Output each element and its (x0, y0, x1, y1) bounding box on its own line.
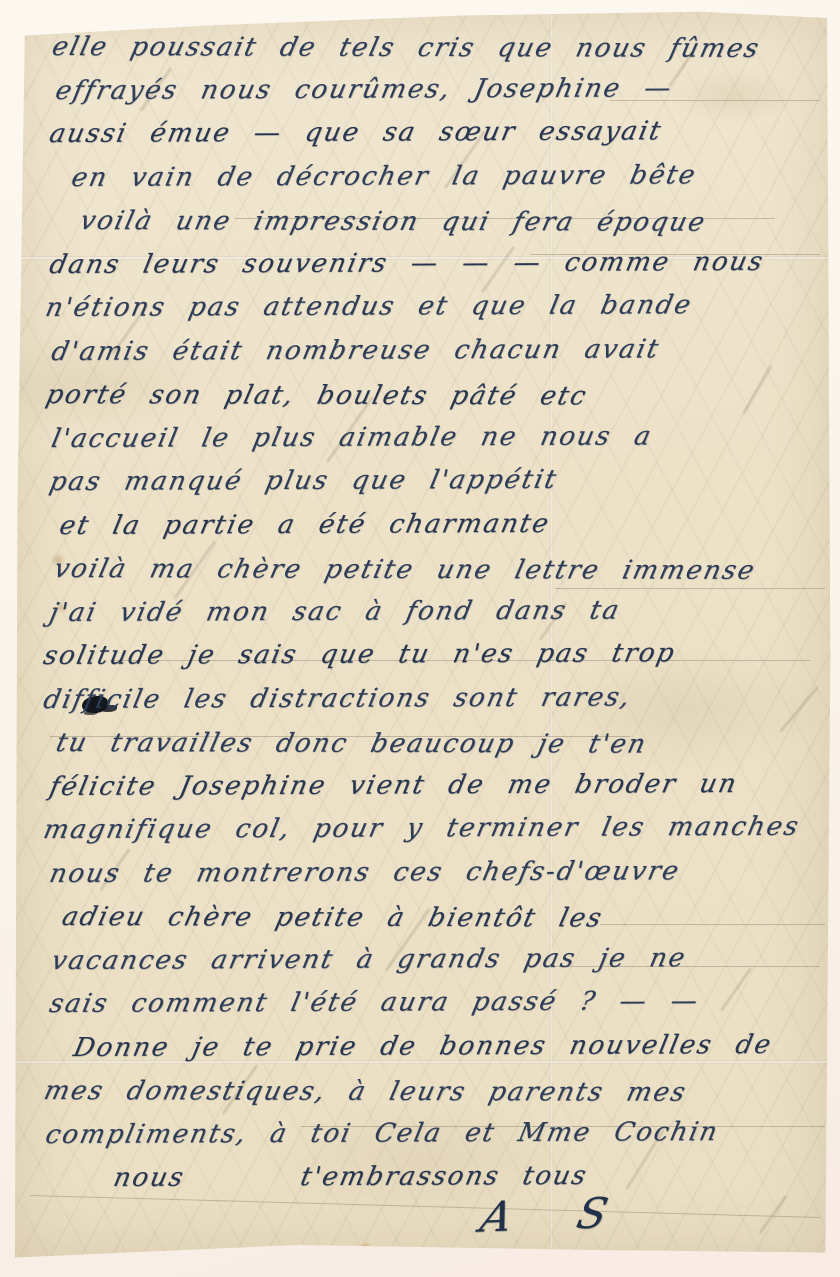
handwritten-line: voilà ma chère petite une lettre immense (48, 554, 826, 600)
handwritten-line: tu travailles donc beaucoup je t'en (50, 728, 826, 774)
letter-scan: elle poussait de tels cris que nous fûme… (0, 0, 840, 1277)
handwritten-line: compliments, à toi Cela et Mme Cochin (40, 1116, 826, 1163)
handwritten-line: pas manqué plus que l'appétit (44, 464, 826, 511)
letter-body: elle poussait de tels cris que nous fûme… (38, 32, 816, 1207)
handwritten-line: n'étions pas attendus et que la bande (40, 290, 826, 337)
handwritten-line: porté son plat, boulets pâté etc (40, 380, 826, 426)
handwritten-line: sais comment l'été aura passé ? — — (44, 986, 826, 1033)
handwritten-line: voilà une impression qui fera époque (74, 206, 826, 251)
handwritten-line: magnifique col, pour y terminer les manc… (38, 812, 826, 859)
handwritten-line: elle poussait de tels cris que nous fûme… (46, 32, 826, 78)
handwritten-line: Donne je te prie de bonnes nouvelles de (68, 1029, 826, 1076)
closing-line: nous t'embrassons tous (108, 1160, 826, 1207)
handwritten-line: l'accueil le plus aimable ne nous a (46, 420, 826, 467)
handwritten-line: nous te montrerons ces chefs-d'œuvre (44, 855, 826, 902)
handwritten-line: j'ai vidé mon sac à fond dans ta (44, 594, 826, 641)
handwritten-line: et la partie a été charmante (54, 507, 826, 554)
handwritten-line: aussi émue — que sa sœur essayait (44, 116, 826, 163)
signature-initials: A S (476, 1187, 638, 1241)
handwritten-line: dans leurs souvenirs — — — comme nous (44, 246, 826, 293)
handwritten-line: difficile les distractions sont rares, (38, 681, 826, 728)
handwritten-line: adieu chère petite à bientôt les (56, 902, 826, 947)
handwritten-line: félicite Josephine vient de me broder un (44, 768, 826, 815)
handwritten-line: mes domestiques, à leurs parents mes (38, 1076, 826, 1122)
letter-page: elle poussait de tels cris que nous fûme… (10, 8, 832, 1260)
handwritten-line: effrayés nous courûmes, Josephine — (50, 72, 826, 119)
handwritten-line: en vain de décrocher la pauvre bête (66, 159, 826, 206)
handwritten-line: d'amis était nombreuse chacun avait (46, 333, 826, 380)
handwritten-line: solitude je sais que tu n'es pas trop (38, 638, 826, 685)
handwritten-line: vacances arrivent à grands pas je ne (46, 942, 826, 989)
